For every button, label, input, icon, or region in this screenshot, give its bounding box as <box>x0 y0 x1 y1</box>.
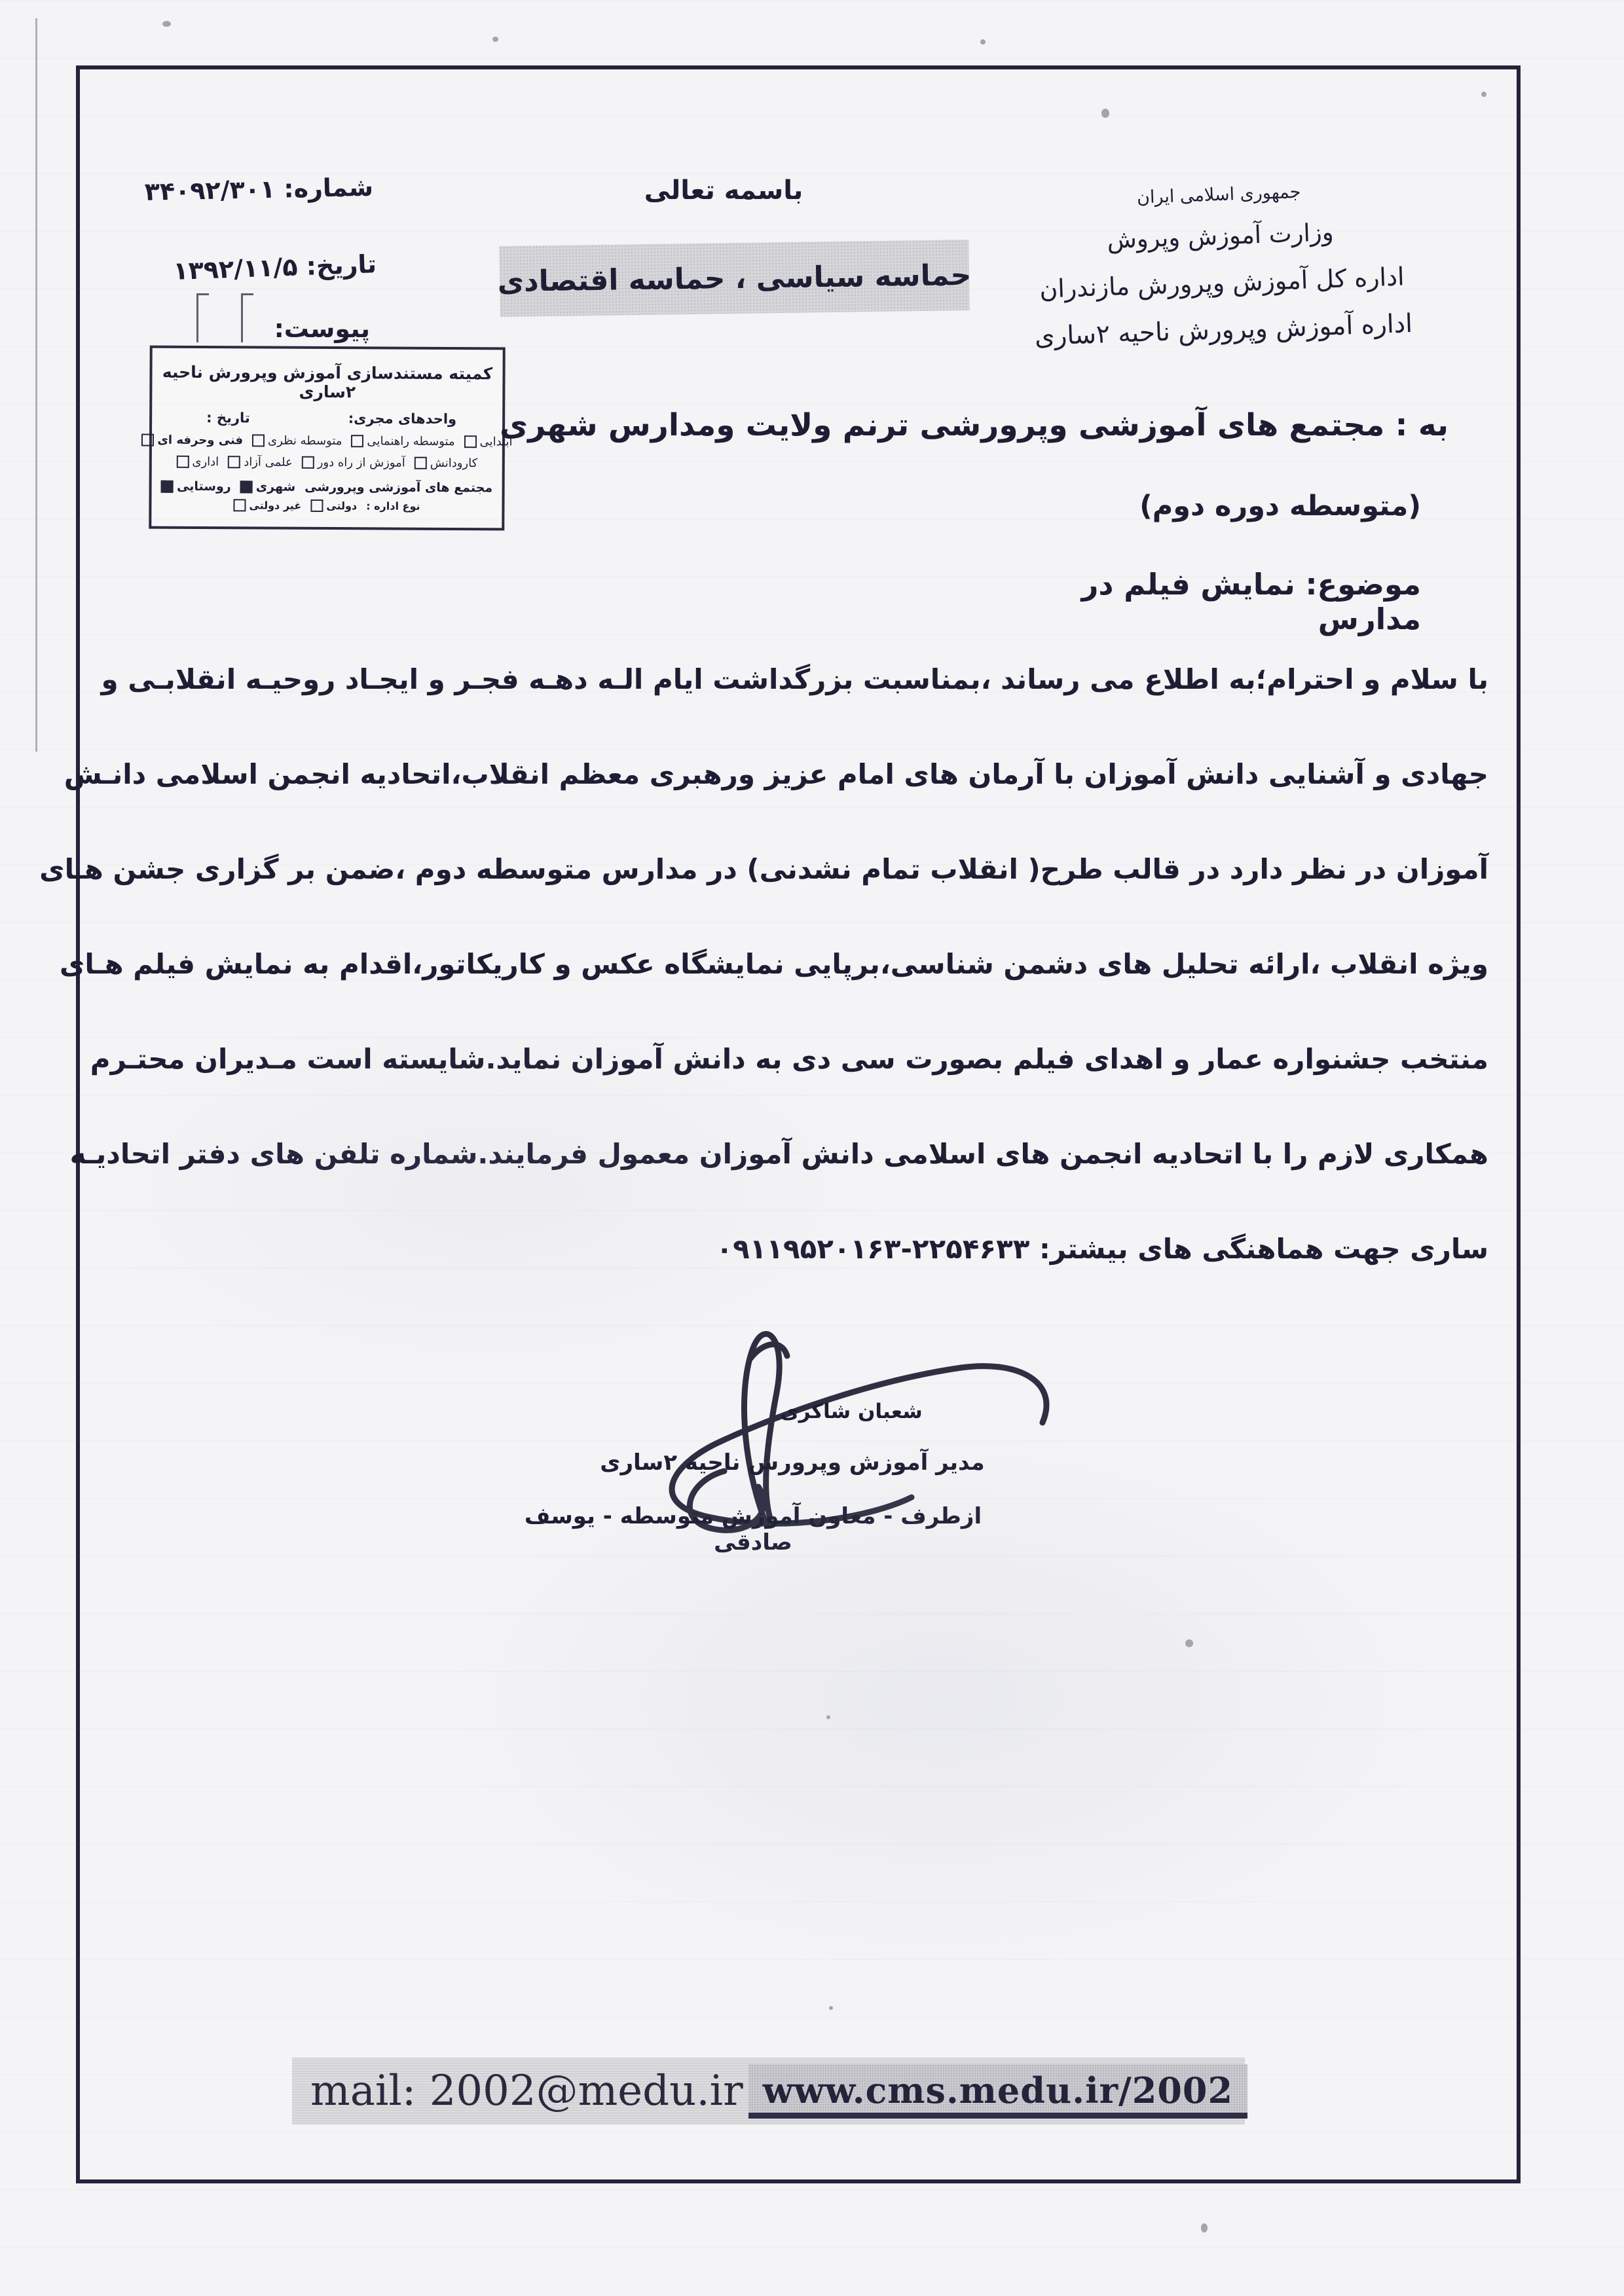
stamp-row-label: نوع اداره : <box>366 500 420 512</box>
letter-number-line: شماره: ۳۴۰۹۲/۳۰۱ <box>98 173 374 208</box>
letter-attachment-line: پیوست: <box>249 314 370 343</box>
recipient-line: به : مجتمع های آموزشی وپرورشی ترنم ولایت… <box>589 407 1449 443</box>
checkbox-empty-icon <box>415 457 427 469</box>
scan-speck <box>980 39 986 45</box>
stamp-title: کمیته مستندسازی آموزش وپرورش ناحیه ۲ساری <box>152 363 502 403</box>
scan-speck <box>1101 109 1109 118</box>
stamp-option: فنی وحرفه ای <box>141 433 243 448</box>
gov-line-ministry: وزارت آموزش وپروش <box>1024 215 1417 257</box>
stamp-option: شهری <box>240 479 296 494</box>
stamp-option: روستایی <box>161 479 231 494</box>
option-label: آموزش از راه دور <box>318 456 405 470</box>
number-label: شماره: <box>284 173 374 204</box>
stamp-units-line: واحدهای مجری: تاریخ : <box>152 410 502 428</box>
subject-line: موضوع: نمایش فیلم در مدارس <box>982 567 1421 636</box>
option-label: متوسطه نظری <box>268 434 342 448</box>
scan-speck <box>826 1715 830 1719</box>
bismillah-heading: باسمه تعالی <box>616 175 832 206</box>
scan-speck <box>1201 2223 1208 2232</box>
scan-speck <box>1481 92 1486 97</box>
stamp-row-levels: ابتدایی متوسطه راهنمایی متوسطه نظری فنی … <box>152 433 502 449</box>
scan-speck <box>1185 1639 1193 1647</box>
stamp-option: دولتی <box>310 500 357 512</box>
checkbox-empty-icon <box>302 456 314 469</box>
number-value: ۳۴۰۹۲/۳۰۱ <box>144 175 275 206</box>
stamp-row-types: کارودانش آموزش از راه دور علمی آزاد ادار… <box>152 455 502 471</box>
gov-line-province: اداره کل آموزش وپرورش مازندران <box>1025 262 1418 304</box>
option-label: اداری <box>192 455 219 469</box>
scan-speck <box>162 21 171 27</box>
body-line: ویژه انقلاب ،ارائه تحلیل های دشمن شناسی،… <box>115 917 1488 1011</box>
checkbox-empty-icon <box>310 500 323 512</box>
checkbox-empty-icon <box>464 435 477 448</box>
checkbox-empty-icon <box>141 434 154 446</box>
body-line: آموزان در نظر دارد در قالب طرح( انقلاب ت… <box>115 822 1488 917</box>
option-label: متوسطه راهنمایی <box>367 434 454 448</box>
scan-edge-artifact <box>35 18 37 752</box>
checkbox-empty-icon <box>233 499 246 511</box>
option-label: فنی وحرفه ای <box>157 433 243 448</box>
stamp-option: آموزش از راه دور <box>302 456 405 470</box>
checkbox-checked-icon <box>161 480 174 492</box>
body-line: جهادی و آشنایی دانش آموزان با آرمان های … <box>115 727 1488 822</box>
body-line-phone: ساری جهت هماهنگی های بیشتر: ۲۲۵۴۶۳۳-۰۹۱۱… <box>115 1201 1488 1296</box>
option-label: کارودانش <box>430 456 478 470</box>
slogan-text: حماسه سیاسی ، حماسه اقتصادی <box>497 258 971 298</box>
option-label: علمی آزاد <box>244 455 293 469</box>
stamp-row-admin-type: نوع اداره : دولتی غیر دولتی <box>151 499 502 513</box>
handwritten-signature <box>557 1319 1054 1542</box>
footer-contact-bar: mail: 2002@medu.ir www.cms.medu.ir/2002 <box>292 2058 1245 2124</box>
option-label: دولتی <box>326 500 357 512</box>
option-label: روستایی <box>177 479 231 494</box>
checkbox-empty-icon <box>351 435 363 447</box>
stamp-option: متوسطه نظری <box>252 433 342 448</box>
stamp-option: متوسطه راهنمایی <box>351 434 454 448</box>
option-label: غیر دولتی <box>249 499 301 511</box>
scan-speck <box>829 2006 833 2010</box>
attachment-label: پیوست: <box>274 314 370 343</box>
checkbox-checked-icon <box>240 481 253 493</box>
checkbox-empty-icon <box>252 434 265 446</box>
stamp-units-label: واحدهای مجری: <box>348 410 456 427</box>
stamp-row-complexes: مجتمع های آموزشی وپرورشی شهری روستایی <box>152 479 502 496</box>
recipient-sub-line: (متوسطه دوره دوم) <box>1113 490 1421 522</box>
body-line: منتخب جشنواره عمار و اهدای فیلم بصورت سی… <box>115 1011 1488 1106</box>
footer-website-link[interactable]: www.cms.medu.ir/2002 <box>748 2064 1247 2119</box>
stamp-row-label: مجتمع های آموزشی وپرورشی <box>304 480 492 496</box>
date-label: تاریخ: <box>306 249 377 281</box>
stamp-option: غیر دولتی <box>233 499 301 512</box>
bracket-mark-icon <box>196 293 209 342</box>
body-line: با سلام و احترام؛به اطلاع می رساند ،بمنا… <box>115 632 1488 727</box>
government-header: جمهوری اسلامی ایران وزارت آموزش وپروش اد… <box>1022 178 1420 352</box>
body-line: همکاری لازم را با اتحادیه انجمن های اسلا… <box>115 1106 1488 1201</box>
stamp-option: اداری <box>176 455 219 469</box>
checkbox-empty-icon <box>176 456 189 468</box>
scanned-letter-page: { "header": { "left": { "number_label": … <box>0 0 1624 2296</box>
slogan-banner: حماسه سیاسی ، حماسه اقتصادی <box>499 240 969 317</box>
bracket-mark-icon <box>241 293 253 342</box>
stamp-option: علمی آزاد <box>228 455 293 469</box>
scan-speck <box>492 37 498 42</box>
footer-email: mail: 2002@medu.ir <box>310 2067 743 2115</box>
date-value: ۱۳۹۲/۱۱/۵ <box>173 252 299 285</box>
checkbox-empty-icon <box>228 456 240 468</box>
stamp-option: کارودانش <box>415 456 478 471</box>
stamp-date-label: تاریخ : <box>206 410 250 426</box>
letter-body: با سلام و احترام؛به اطلاع می رساند ،بمنا… <box>115 632 1488 1296</box>
option-label: شهری <box>256 479 296 494</box>
documentation-committee-stamp: کمیته مستندسازی آموزش وپرورش ناحیه ۲ساری… <box>149 346 505 531</box>
